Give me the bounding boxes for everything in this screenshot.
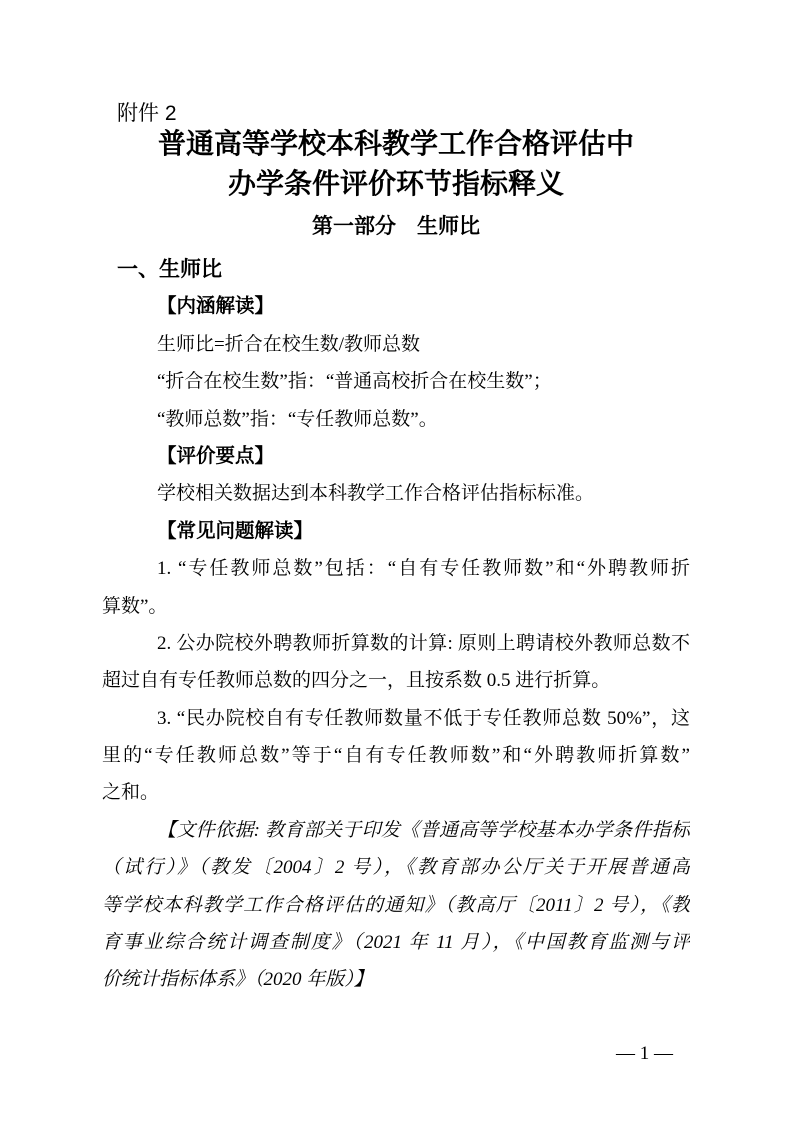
line-document-basis-5: 价统计指标体系》（2020 年版）】 [102,961,690,998]
label-evaluation-points: 【评价要点】 [102,438,690,475]
line-faq-item3-3: 之和。 [102,774,690,811]
line-zhehe-definition: “折合在校生数”指：“普通高校折合在校生数”； [102,363,690,400]
document-title: 普通高等学校本科教学工作合格评估中 办学条件评价环节指标释义 [102,125,690,205]
line-faq-item2-1: 2. 公办院校外聘教师折算数的计算: 原则上聘请校外教师总数不 [102,625,690,662]
line-faq-item1-2: 算数”。 [102,588,690,625]
document-title-line-2: 办学条件评价环节指标释义 [102,165,690,205]
heading-shengshibi: 一、生师比 [102,251,690,288]
line-document-basis-4: 育事业综合统计调查制度》（2021 年 11 月），《中国教育监测与评 [102,924,690,961]
document-title-line-1: 普通高等学校本科教学工作合格评估中 [102,125,690,165]
page-number: — 1 — [102,1041,673,1067]
part-heading: 第一部分 生师比 [102,212,690,242]
document-body: 一、生师比 【内涵解读】 生师比=折合在校生数/教师总数 “折合在校生数”指：“… [102,251,690,999]
line-document-basis-3: 等学校本科教学工作合格评估的通知》（教高厅〔2011〕2 号），《教 [102,887,690,924]
line-faq-item3-2: 里的“专任教师总数”等于“自有专任教师数”和“外聘教师折算数” [102,737,690,774]
line-faq-item2-2: 超过自有专任教师总数的四分之一，且按系数 0.5 进行折算。 [102,662,690,699]
label-faq: 【常见问题解读】 [102,513,690,550]
line-evaluation-standard: 学校相关数据达到本科教学工作合格评估指标标准。 [102,475,690,512]
line-document-basis-1: 【文件依据: 教育部关于印发《普通高等学校基本办学条件指标 [102,812,690,849]
document-page: 附件 2 普通高等学校本科教学工作合格评估中 办学条件评价环节指标释义 第一部分… [0,0,793,1122]
line-faq-item3-1: 3. “民办院校自有专任教师数量不低于专任教师总数 50%”，这 [102,700,690,737]
line-faq-item1-1: 1. “专任教师总数”包括：“自有专任教师数”和“外聘教师折 [102,550,690,587]
line-teacher-total-definition: “教师总数”指：“专任教师总数”。 [102,401,690,438]
line-document-basis-2: （试行）》（教发〔2004〕2 号），《教育部办公厅关于开展普通高 [102,849,690,886]
label-connotation: 【内涵解读】 [102,288,690,325]
line-formula: 生师比=折合在校生数/教师总数 [102,326,690,363]
